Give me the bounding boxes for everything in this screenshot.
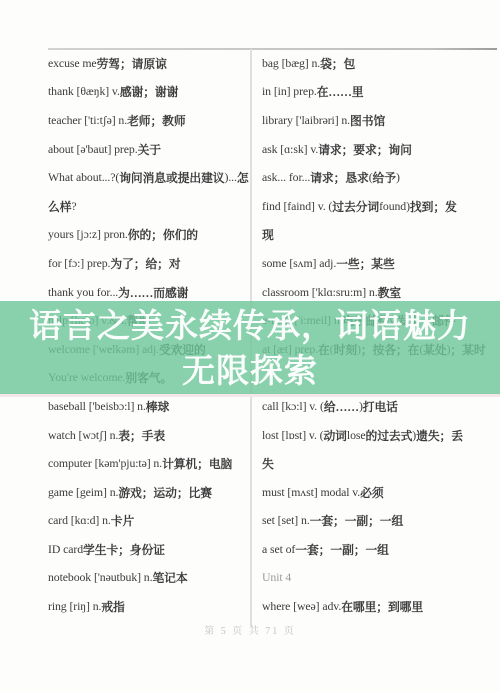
word-entry: library ['laibrəri] n. 图书馆	[262, 106, 498, 135]
word-entry: a set of 一套；一副；一组	[262, 535, 498, 564]
word-entry: game [geim] n. 游戏；运动；比赛	[48, 478, 248, 507]
word-entry: must [mʌst] modal v. 必须	[262, 478, 498, 507]
word-entry: yours [jɔ:z] pron. 你的；你们的	[48, 221, 248, 250]
watermark-banner: 语言之美永续传承，词语魅力 无限探索	[0, 301, 500, 394]
word-entry: in [in] prep. 在……里	[262, 78, 498, 107]
word-entry: where [weə] adv. 在哪里；到哪里	[262, 592, 498, 621]
word-entry: ID card 学生卡；身份证	[48, 535, 248, 564]
word-entry: watch [wɔtʃ] n. 表；手表	[48, 421, 248, 450]
word-entry: thank [θæŋk] v. 感谢；谢谢	[48, 78, 248, 107]
unit-header: Unit 4	[262, 564, 498, 593]
page-number: 第 5 页 共 71 页	[0, 622, 500, 638]
word-entry: card [kɑ:d] n. 卡片	[48, 507, 248, 536]
word-entry: for [fɔ:] prep. 为了；给；对	[48, 249, 248, 278]
word-entry: 现	[262, 221, 498, 250]
banner-text-line1: 语言之美永续传承，词语魅力	[29, 303, 471, 348]
word-entry: find [faind] v. (过去分词 found)找到；发	[262, 192, 498, 221]
word-entry: set [set] n. 一套；一副；一组	[262, 507, 498, 536]
word-entry: about [ə'baut] prep. 关于	[48, 135, 248, 164]
textbook-wordlist-page: excuse me 劳驾；请原谅thank [θæŋk] v. 感谢；谢谢tea…	[0, 0, 500, 692]
word-entry: computer [kəm'pju:tə] n. 计算机；电脑	[48, 449, 248, 478]
word-entry: 么样?	[48, 192, 248, 221]
word-entry: 失	[262, 449, 498, 478]
word-entry: ask [ɑ:sk] v. 请求；要求；询问	[262, 135, 498, 164]
word-entry: What about...?(询问消息或提出建议)...怎	[48, 163, 248, 192]
word-entry: ring [riŋ] n. 戒指	[48, 592, 248, 621]
word-entry: lost [lɒst] v. (动词 lose 的过去式)遗失；丢	[262, 421, 498, 450]
word-entry: teacher ['ti:tʃə] n. 老师；教师	[48, 106, 248, 135]
banner-text-line2: 无限探索	[182, 348, 318, 393]
word-entry: ask... for... 请求；恳求(给予)	[262, 163, 498, 192]
word-entry: notebook ['nəutbuk] n. 笔记本	[48, 564, 248, 593]
word-entry: some [sʌm] adj. 一些；某些	[262, 249, 498, 278]
word-entry: bag [bæg] n. 袋；包	[262, 49, 498, 78]
word-entry: excuse me 劳驾；请原谅	[48, 49, 248, 78]
